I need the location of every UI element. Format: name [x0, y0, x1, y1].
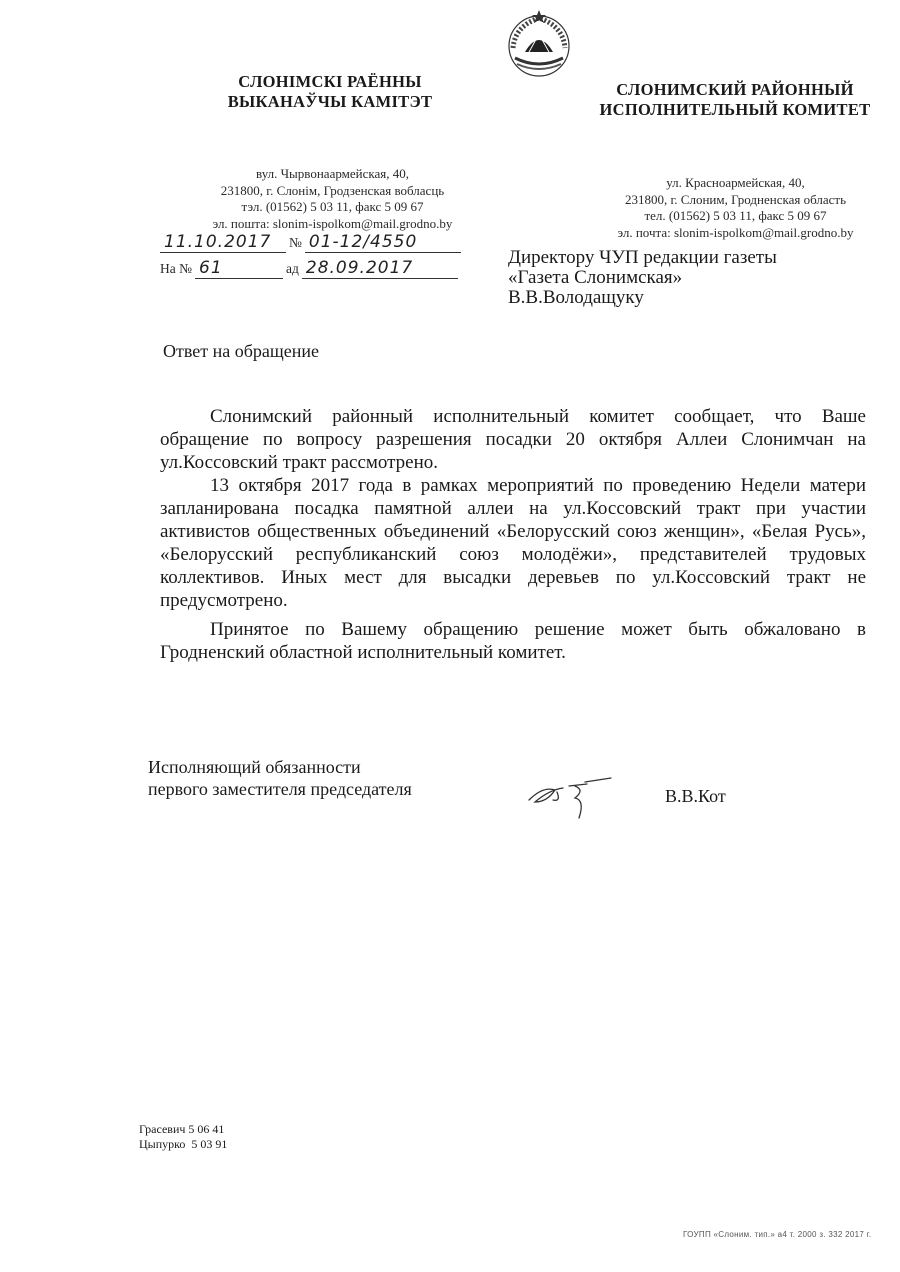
address-by-street: вул. Чырвонаармейская, 40,: [160, 166, 505, 183]
address-by-city: 231800, г. Слонім, Гродзенская вобласць: [160, 183, 505, 200]
signatory-position: Исполняющий обязанности первого заместит…: [148, 756, 412, 800]
handwritten-signature-icon: [525, 772, 615, 822]
from-label: ад: [283, 259, 302, 279]
signatory-name: В.В.Кот: [665, 786, 726, 807]
body-paragraph-3: Принятое по Вашему обращению решение мож…: [160, 618, 866, 664]
letterhead-title-russian: СЛОНИМСКИЙ РАЙОННЫЙ ИСПОЛНИТЕЛЬНЫЙ КОМИТ…: [580, 80, 890, 120]
outgoing-date: 11.10.2017: [160, 232, 286, 253]
addressee-line2: «Газета Слонимская»: [508, 268, 868, 288]
letterhead-address-russian: ул. Красноармейская, 40, 231800, г. Слон…: [578, 175, 893, 241]
addressee-line3: В.В.Володащуку: [508, 288, 868, 308]
outgoing-number: 01-12/4550: [305, 232, 461, 253]
signatory-position-line2: первого заместителя председателя: [148, 778, 412, 800]
in-reply-label: На №: [160, 259, 195, 279]
addressee-line1: Директору ЧУП редакции газеты: [508, 248, 868, 268]
body-paragraph-1: Слонимский районный исполнительный комит…: [160, 405, 866, 474]
executor-contact-2: Цыпурко 5 03 91: [139, 1137, 227, 1152]
letter-subject: Ответ на обращение: [163, 341, 319, 362]
signatory-position-line1: Исполняющий обязанности: [148, 756, 412, 778]
letterhead-title-ru-line2: ИСПОЛНИТЕЛЬНЫЙ КОМИТЕТ: [580, 100, 890, 120]
letter-body: Слонимский районный исполнительный комит…: [160, 405, 866, 664]
number-label: №: [286, 233, 305, 253]
addressee-block: Директору ЧУП редакции газеты «Газета Сл…: [508, 248, 868, 308]
address-by-phone: тэл. (01562) 5 03 11, факс 5 09 67: [160, 199, 505, 216]
letterhead-title-ru-line1: СЛОНИМСКИЙ РАЙОННЫЙ: [580, 80, 890, 100]
executor-contact-1: Грасевич 5 06 41: [139, 1122, 227, 1137]
registration-outgoing: 11.10.2017 № 01-12/4550: [160, 232, 480, 253]
belarus-coat-of-arms-icon: [493, 8, 585, 80]
address-ru-email: эл. почта: slonim-ispolkom@mail.grodno.b…: [578, 225, 893, 242]
address-ru-phone: тел. (01562) 5 03 11, факс 5 09 67: [578, 208, 893, 225]
printer-imprint: ГОУПП «Слоним. тип.» а4 т. 2000 з. 332 2…: [683, 1230, 871, 1239]
in-reply-number: 61: [195, 258, 283, 279]
body-paragraph-2: 13 октября 2017 года в рамках мероприяти…: [160, 474, 866, 612]
in-reply-date: 28.09.2017: [302, 258, 458, 279]
address-ru-street: ул. Красноармейская, 40,: [578, 175, 893, 192]
letterhead-title-by-line1: СЛОНІМСКІ РАЁННЫ: [190, 72, 470, 92]
address-by-email: эл. пошта: slonim-ispolkom@mail.grodno.b…: [160, 216, 505, 233]
letterhead-title-by-line2: ВЫКАНАЎЧЫ КАМІТЭТ: [190, 92, 470, 112]
letterhead-title-belarusian: СЛОНІМСКІ РАЁННЫ ВЫКАНАЎЧЫ КАМІТЭТ: [190, 72, 470, 112]
registration-in-reply: На № 61 ад 28.09.2017: [160, 258, 480, 279]
letterhead-address-belarusian: вул. Чырвонаармейская, 40, 231800, г. Сл…: [160, 166, 505, 232]
executor-contacts: Грасевич 5 06 41 Цыпурко 5 03 91: [139, 1122, 227, 1152]
address-ru-city: 231800, г. Слоним, Гродненская область: [578, 192, 893, 209]
